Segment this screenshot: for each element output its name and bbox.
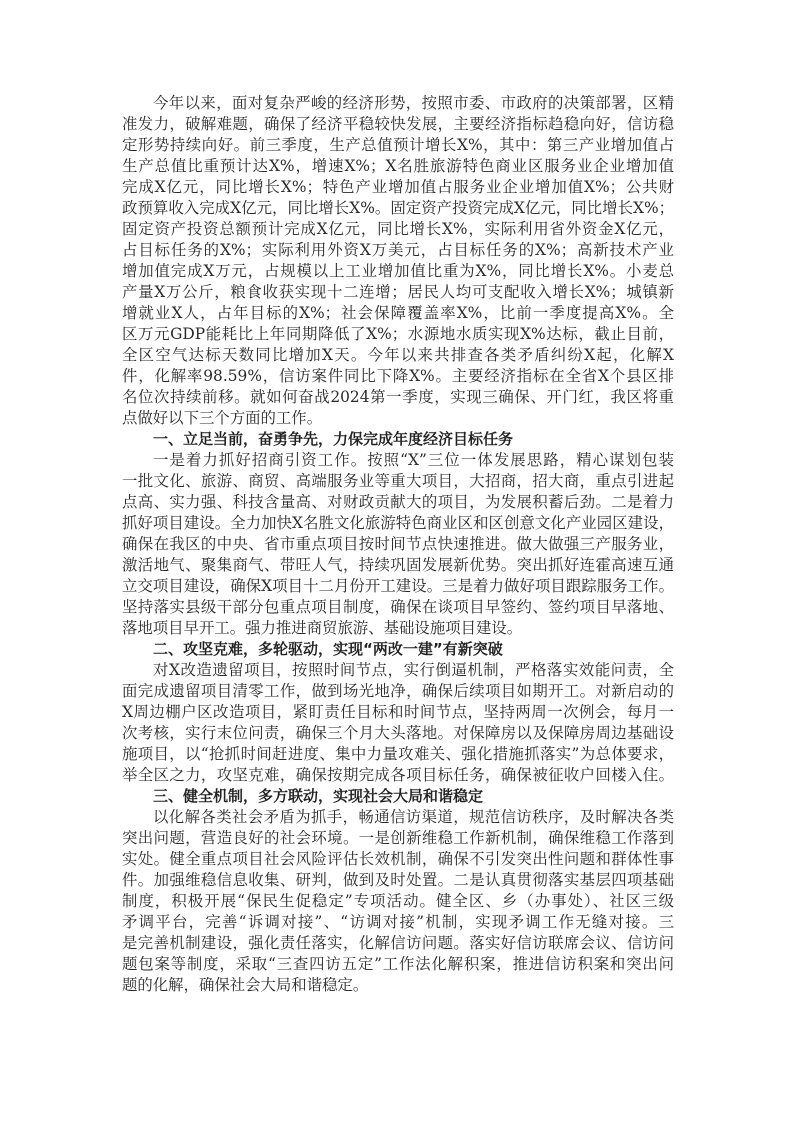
paragraph-line: 对X改造遗留项目，按照时间节点，实行倒逼机制，严格落实效能问责，全 <box>122 660 674 681</box>
paragraph-line: 定形势持续向好。前三季度，生产总值预计增长X%，其中：第三产业增加值占 <box>122 135 674 156</box>
paragraph-line: 全区空气达标天数同比增加X天。今年以来共排查各类矛盾纠纷X起，化解X <box>122 345 674 366</box>
paragraph-line: 题包案等制度，采取“三查四访五定”工作法化解积案，推进信访积案和突出问 <box>122 954 674 975</box>
paragraph-line: 一是着力抓好招商引资工作。按照“X”三位一体发展思路，精心谋划包装 <box>122 450 674 471</box>
paragraph-line: 准发力，破解难题，确保了经济平稳较快发展，主要经济指标趋稳向好，信访稳 <box>122 114 674 135</box>
section-1: 一、立足当前，奋勇争先，力保完成年度经济目标任务 一是着力抓好招商引资工作。按照… <box>122 429 674 639</box>
paragraph-line: 固定资产投资总额预计完成X亿元，同比增长X%，实际利用省外资金X亿元， <box>122 219 674 240</box>
paragraph-line: 次考核，实行末位问责，确保三个月大头落地。对保障房以及保障房周边基础设 <box>122 723 674 744</box>
paragraph-line: 一批文化、旅游、商贸、高端服务业等重大项目，大招商，招大商，重点引进起 <box>122 471 674 492</box>
paragraph-line: 今年以来，面对复杂严峻的经济形势，按照市委、市政府的决策部署，区精 <box>122 93 674 114</box>
paragraph-line: 面完成遗留项目清零工作，做到场光地净，确保后续项目如期开工。对新启动的 <box>122 681 674 702</box>
paragraph-line: 政预算收入完成X亿元，同比增长X%。固定资产投资完成X亿元，同比增长X%； <box>122 198 674 219</box>
section-3: 三、健全机制，多方联动，实现社会大局和谐稳定 以化解各类社会矛盾为抓手，畅通信访… <box>122 786 674 996</box>
paragraph-line: 件，化解率98.59%，信访案件同比下降X%。主要经济指标在全省X个县区排 <box>122 366 674 387</box>
intro-paragraph: 今年以来，面对复杂严峻的经济形势，按照市委、市政府的决策部署，区精 准发力，破解… <box>122 93 674 429</box>
paragraph-line: 坚持落实县级干部分包重点项目制度，确保在谈项目早签约、签约项目早落地、 <box>122 597 674 618</box>
section-2: 二、攻坚克难，多轮驱动，实现“两改一建”有新突破 对X改造遗留项目，按照时间节点… <box>122 639 674 786</box>
paragraph-line: 区万元GDP能耗比上年同期降低了X%；水源地水质实现X%达标，截止目前， <box>122 324 674 345</box>
paragraph-line: 确保在我区的中央、省市重点项目按时间节点快速推进。做大做强三产服务业， <box>122 534 674 555</box>
paragraph-line: 落地项目早开工。强力推进商贸旅游、基础设施项目建设。 <box>122 618 674 639</box>
paragraph-line: 题的化解，确保社会大局和谐稳定。 <box>122 975 674 996</box>
paragraph-line: 矛调平台，完善“诉调对接”、“访调对接”机制，实现矛调工作无缝对接。三 <box>122 912 674 933</box>
paragraph-line: 举全区之力，攻坚克难，确保按期完成各项目标任务，确保被征收户回楼入住。 <box>122 765 674 786</box>
paragraph-line: 点做好以下三个方面的工作。 <box>122 408 674 429</box>
document-page: 今年以来，面对复杂严峻的经济形势，按照市委、市政府的决策部署，区精 准发力，破解… <box>122 93 674 996</box>
paragraph-line: 立交项目建设，确保X项目十二月份开工建设。三是着力做好项目跟踪服务工作。 <box>122 576 674 597</box>
paragraph-line: 生产总值比重预计达X%，增速X%；X名胜旅游特色商业区服务业企业增加值 <box>122 156 674 177</box>
paragraph-line: X周边棚户区改造项目，紧盯责任目标和时间节点，坚持两周一次例会，每月一 <box>122 702 674 723</box>
paragraph-line: 制度，积极开展“保民生促稳定”专项活动。健全区、乡（办事处）、社区三级 <box>122 891 674 912</box>
section-heading: 三、健全机制，多方联动，实现社会大局和谐稳定 <box>122 786 674 807</box>
paragraph-line: 增就业X人，占年目标的X%；社会保障覆盖率X%，比前一季度提高X%。全 <box>122 303 674 324</box>
paragraph-line: 件。加强维稳信息收集、研判，做到及时处置。二是认真贯彻落实基层四项基础 <box>122 870 674 891</box>
paragraph-line: 激活地气、聚集商气、带旺人气，持续巩固发展新优势。突出抓好连霍高速互通 <box>122 555 674 576</box>
section-heading: 一、立足当前，奋勇争先，力保完成年度经济目标任务 <box>122 429 674 450</box>
paragraph-line: 突出问题，营造良好的社会环境。一是创新维稳工作新机制，确保维稳工作落到 <box>122 828 674 849</box>
paragraph-line: 以化解各类社会矛盾为抓手，畅通信访渠道，规范信访秩序，及时解决各类 <box>122 807 674 828</box>
paragraph-line: 实处。健全重点项目社会风险评估长效机制，确保不引发突出性问题和群体性事 <box>122 849 674 870</box>
section-heading: 二、攻坚克难，多轮驱动，实现“两改一建”有新突破 <box>122 639 674 660</box>
paragraph-line: 完成X亿元，同比增长X%；特色产业增加值占服务业企业增加值X%；公共财 <box>122 177 674 198</box>
paragraph-line: 增加值完成X万元，占规模以上工业增加值比重为X%，同比增长X%。小麦总 <box>122 261 674 282</box>
paragraph-line: 抓好项目建设。全力加快X名胜文化旅游特色商业区和区创意文化产业园区建设， <box>122 513 674 534</box>
paragraph-line: 点高、实力强、科技含量高、对财政贡献大的项目，为发展积蓄后劲。二是着力 <box>122 492 674 513</box>
paragraph-line: 占目标任务的X%；实际利用外资X万美元，占目标任务的X%；高新技术产业 <box>122 240 674 261</box>
paragraph-line: 施项目，以“抢抓时间赶进度、集中力量攻难关、强化措施抓落实”为总体要求， <box>122 744 674 765</box>
paragraph-line: 产量X万公斤，粮食收获实现十二连增；居民人均可支配收入增长X%；城镇新 <box>122 282 674 303</box>
paragraph-line: 是完善机制建设，强化责任落实，化解信访问题。落实好信访联席会议、信访问 <box>122 933 674 954</box>
paragraph-line: 名位次持续前移。就如何奋战2024第一季度，实现三确保、开门红，我区将重 <box>122 387 674 408</box>
